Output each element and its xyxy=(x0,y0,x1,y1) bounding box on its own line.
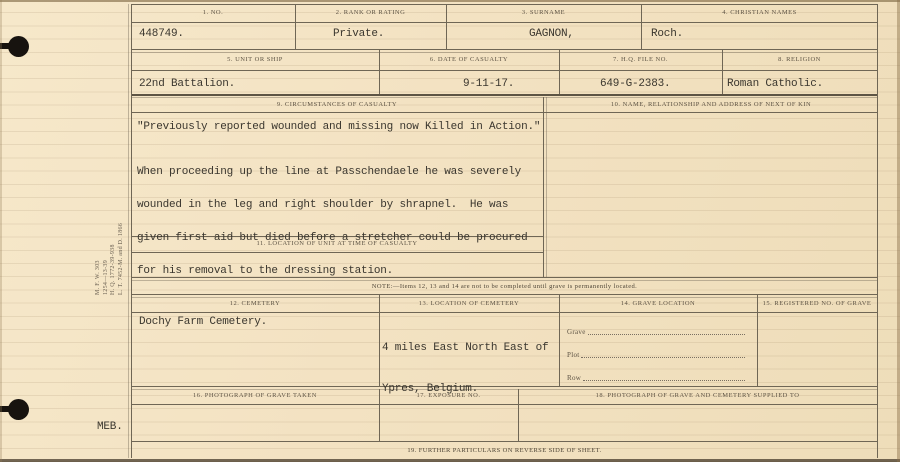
cemetery-value: Dochy Farm Cemetery. xyxy=(139,317,267,328)
circumstances-quote: "Previously reported wounded and missing… xyxy=(137,122,540,133)
grid-line xyxy=(131,49,878,50)
card-edge-top xyxy=(0,0,900,2)
footer-note: 19. FURTHER PARTICULARS ON REVERSE SIDE … xyxy=(131,447,878,455)
grave-location-label: 14. GRAVE LOCATION xyxy=(559,300,757,308)
grid-line xyxy=(131,22,878,23)
card-edge-left xyxy=(0,0,2,462)
casualty-record-card: 1. NO. 2. RANK OR RATING 3. SURNAME 4. C… xyxy=(0,0,900,462)
field-surname-label: 3. SURNAME xyxy=(446,9,641,17)
cemetery-location-label: 13. LOCATION OF CEMETERY xyxy=(379,300,559,308)
exposure-no-label: 17. EXPOSURE NO. xyxy=(379,392,518,400)
cemetery-location-line: 4 miles East North East of xyxy=(382,342,548,356)
field-unit-value: 22nd Battalion. xyxy=(139,79,235,90)
plot-field: Plot xyxy=(567,350,745,359)
clerk-initials: MEB. xyxy=(97,422,123,433)
dotted-leader xyxy=(588,333,745,335)
grid-line xyxy=(131,112,878,113)
field-hq-file-no-value: 649-G-2383. xyxy=(600,79,670,90)
grave-location-fields: Grave Plot Row xyxy=(567,327,745,396)
form-imprint-line: 1254—13-39 xyxy=(103,203,111,295)
field-date-of-casualty-label: 6. DATE OF CASUALTY xyxy=(379,56,559,64)
dotted-leader xyxy=(581,356,745,358)
form-imprint-line: L. T. 7452-M. and D. 1866 xyxy=(118,203,126,295)
field-no-value: 448749. xyxy=(139,29,184,40)
next-of-kin-label: 10. NAME, RELATIONSHIP AND ADDRESS OF NE… xyxy=(545,101,877,109)
plot-field-label: Plot xyxy=(567,351,579,359)
field-rank-label: 2. RANK OR RATING xyxy=(295,9,446,17)
form-imprint-line: H. Q. 1772-39-938 xyxy=(110,203,118,295)
grid-line xyxy=(131,52,878,53)
field-hq-file-no-label: 7. H.Q. FILE NO. xyxy=(559,56,722,64)
dotted-leader xyxy=(583,379,745,381)
grid-line xyxy=(543,97,544,277)
photo-supplied-label: 18. PHOTOGRAPH OF GRAVE AND CEMETERY SUP… xyxy=(518,392,877,400)
photo-taken-label: 16. PHOTOGRAPH OF GRAVE TAKEN xyxy=(131,392,379,400)
field-rank-value: Private. xyxy=(333,29,384,40)
unit-location-label: 11. LOCATION OF UNIT AT TIME OF CASUALTY xyxy=(131,240,543,248)
grid-line xyxy=(131,4,878,5)
grid-line xyxy=(131,70,878,71)
grid-line xyxy=(128,4,129,458)
row-field: Row xyxy=(567,373,745,382)
punch-hole-top-stem xyxy=(0,43,12,49)
grid-line xyxy=(131,94,878,96)
grid-line xyxy=(131,4,132,458)
grid-line xyxy=(131,312,878,313)
grid-line xyxy=(546,97,547,277)
field-christian-names-label: 4. CHRISTIAN NAMES xyxy=(641,9,878,17)
field-religion-label: 8. RELIGION xyxy=(722,56,877,64)
cemetery-label: 12. CEMETERY xyxy=(131,300,379,308)
cemetery-location-value: 4 miles East North East of Ypres, Belgiu… xyxy=(382,315,548,423)
circumstances-label: 9. CIRCUMSTANCES OF CASUALTY xyxy=(131,101,543,109)
form-imprint: M. F. W. 303 1254—13-39 H. Q. 1772-39-93… xyxy=(95,203,125,295)
grave-field: Grave xyxy=(567,327,745,336)
circumstances-line: When proceeding up the line at Passchend… xyxy=(137,167,527,178)
field-date-of-casualty-value: 9-11-17. xyxy=(463,79,514,90)
registered-no-label: 15. REGISTERED NO. OF GRAVE xyxy=(757,300,877,308)
field-unit-label: 5. UNIT OR SHIP xyxy=(131,56,379,64)
grave-field-label: Grave xyxy=(567,328,586,336)
circumstances-line: wounded in the leg and right shoulder by… xyxy=(137,200,527,211)
circumstances-line: for his removal to the dressing station. xyxy=(137,266,527,277)
form-imprint-line: M. F. W. 303 xyxy=(95,203,103,295)
field-christian-names-value: Roch. xyxy=(651,29,683,40)
grid-line xyxy=(131,97,878,98)
field-surname-value: GAGNON, xyxy=(529,29,574,40)
field-no-label: 1. NO. xyxy=(131,9,295,17)
punch-hole-bottom-stem xyxy=(0,406,12,412)
grid-line xyxy=(877,4,878,458)
circumstances-paragraph: When proceeding up the line at Passchend… xyxy=(137,145,527,299)
row-field-label: Row xyxy=(567,374,581,382)
grid-line xyxy=(131,441,878,442)
field-religion-value: Roman Catholic. xyxy=(727,79,823,90)
note-items-12-13-14: NOTE:—Items 12, 13 and 14 are not to be … xyxy=(131,283,878,291)
